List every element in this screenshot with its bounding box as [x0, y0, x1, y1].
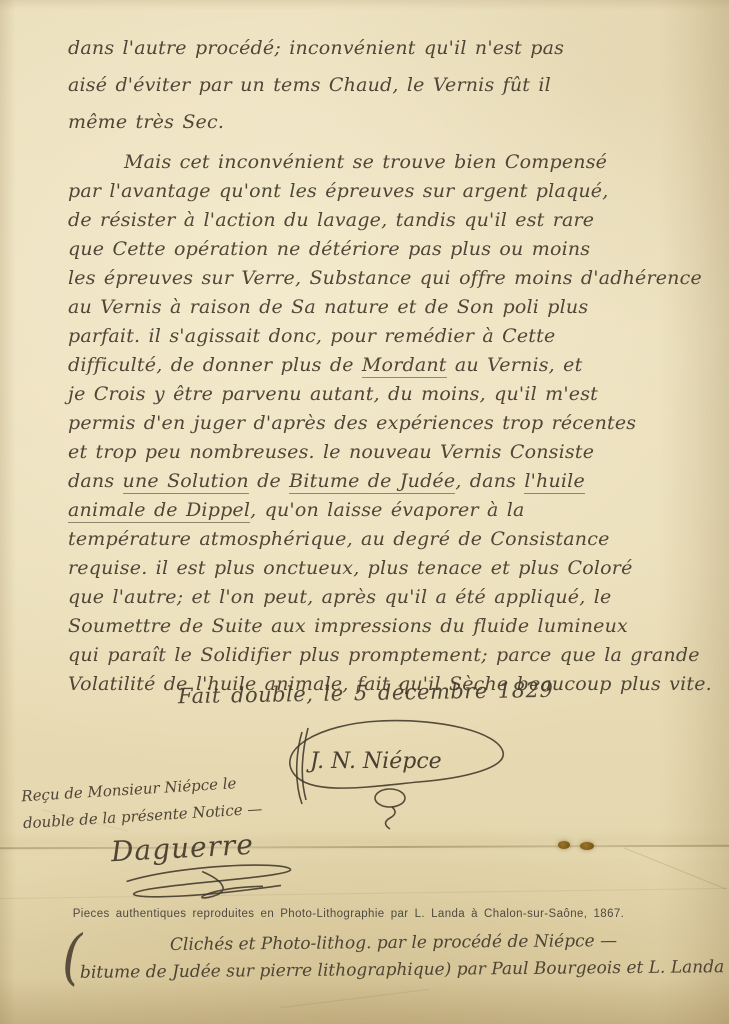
letter-line: dans une Solution de Bitume de Judée, da…	[68, 467, 672, 496]
scanned-letter-page: dans l'autre procédé; inconvénient qu'il…	[0, 0, 729, 1024]
letter-line: température atmosphérique, au degré de C…	[68, 525, 672, 554]
wax-spot	[580, 842, 594, 850]
letter-line: de résister à l'action du lavage, tandis…	[68, 206, 672, 235]
wax-spot	[558, 841, 570, 849]
niepce-signature-text: J. N. Niépce	[306, 749, 442, 774]
letter-line: aisé d'éviter par un tems Chaud, le Vern…	[68, 67, 672, 104]
paper-left-shadow	[0, 0, 16, 1024]
faint-crease	[280, 989, 429, 1008]
letter-line: requise. il est plus onctueux, plus tena…	[68, 554, 672, 583]
letter-line: Mais cet inconvénient se trouve bien Com…	[68, 148, 672, 177]
letter-body: dans l'autre procédé; inconvénient qu'il…	[68, 30, 672, 699]
letter-line: et trop peu nombreuses. le nouveau Verni…	[68, 438, 672, 467]
letter-line: dans l'autre procédé; inconvénient qu'il…	[68, 30, 672, 67]
paper-top-shadow	[0, 0, 729, 10]
photolitho-line2: bitume de Judée sur pierre lithographiqu…	[80, 957, 724, 983]
letter-paragraph-1: dans l'autre procédé; inconvénient qu'il…	[68, 30, 672, 141]
letter-line: que Cette opération ne détériore pas plu…	[68, 235, 672, 264]
letter-line: difficulté, de donner plus de Mordant au…	[68, 351, 672, 380]
paper-bottom-shadow	[0, 978, 729, 1024]
letter-line: permis d'en juger d'après des expérience…	[68, 409, 672, 438]
horizontal-fold-crease	[0, 845, 729, 850]
letter-line: même très Sec.	[68, 104, 672, 141]
letter-line: animale de Dippel, qu'on laisse évaporer…	[68, 496, 672, 525]
daguerre-signature: Daguerre	[110, 825, 314, 912]
letter-line: que l'autre; et l'on peut, après qu'il a…	[68, 583, 672, 612]
faint-crease	[624, 847, 726, 889]
niepce-signature: J. N. Niépce	[272, 712, 517, 832]
letter-line: parfait. il s'agissait donc, pour remédi…	[68, 322, 672, 351]
signature-flourish-oval	[290, 721, 503, 829]
letter-line: les épreuves sur Verre, Substance qui of…	[68, 264, 672, 293]
letter-paragraph-2: Mais cet inconvénient se trouve bien Com…	[68, 148, 672, 699]
printed-imprint-caption: Pieces authentiques reproduites en Photo…	[0, 908, 713, 920]
photolitho-line1: Clichés et Photo-lithog. par le procédé …	[170, 931, 617, 955]
letter-line: par l'avantage qu'ont les épreuves sur a…	[68, 177, 672, 206]
letter-line: je Crois y être parvenu autant, du moins…	[68, 380, 672, 409]
letter-dateline: Fait double, le 5 décembre 1829	[178, 678, 554, 709]
letter-line: Soumettre de Suite aux impressions du fl…	[68, 612, 672, 641]
letter-line: qui paraît le Solidifier plus promptemen…	[68, 641, 672, 670]
faint-crease	[0, 888, 729, 899]
letter-line: au Vernis à raison de Sa nature et de So…	[68, 293, 672, 322]
receipt-note: Reçu de Monsieur Niépce le double de la …	[21, 769, 264, 838]
